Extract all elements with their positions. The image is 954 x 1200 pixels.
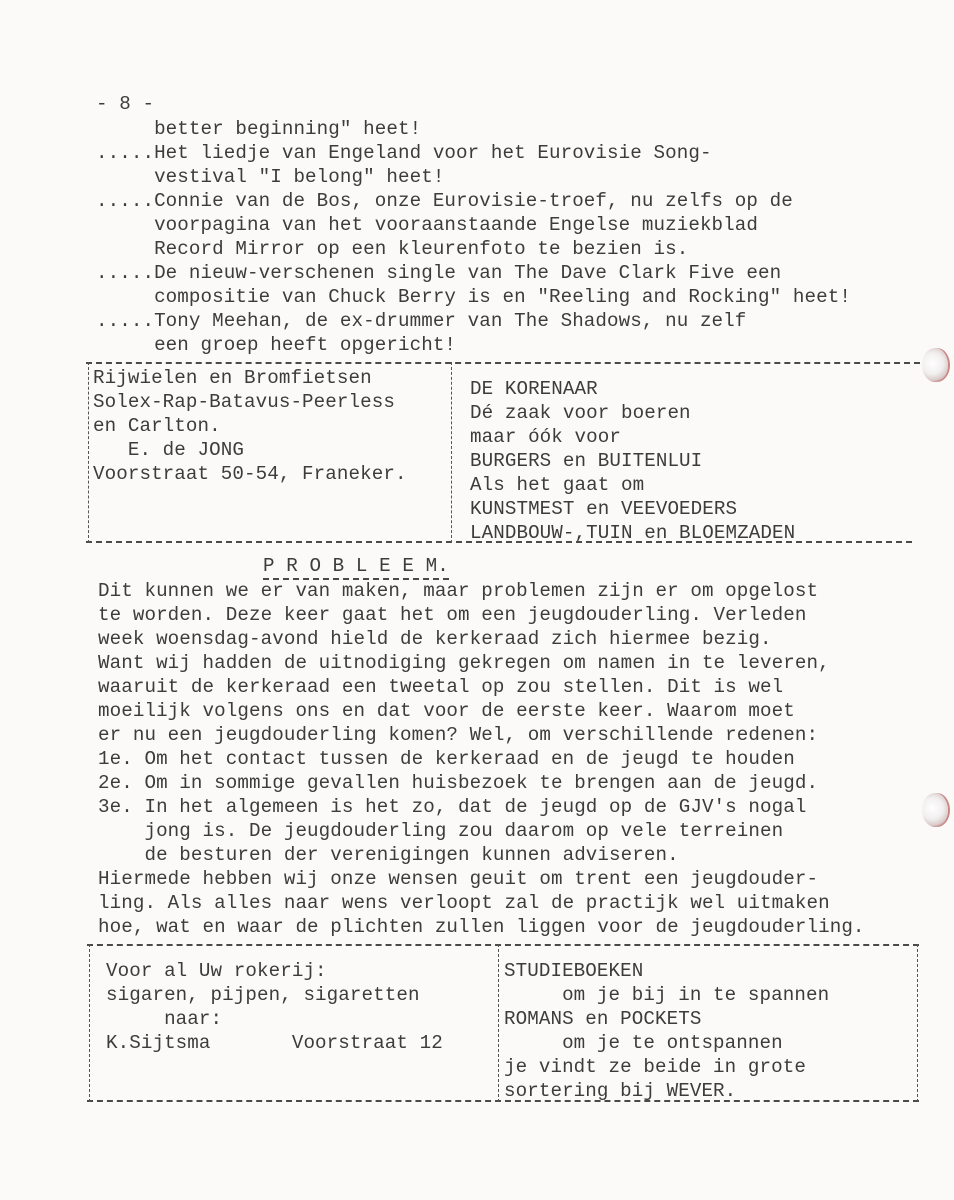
ad-line: KUNSTMEST en VEEVOEDERS (470, 497, 737, 521)
ad-line: K.Sijtsma Voorstraat 12 (106, 1031, 443, 1055)
news-line: .....Connie van de Bos, onze Eurovisie-t… (96, 189, 793, 213)
ad-line: BURGERS en BUITENLUI (470, 449, 702, 473)
box-divider (451, 362, 452, 543)
ad-line: STUDIEBOEKEN (504, 959, 643, 983)
news-line: compositie van Chuck Berry is en "Reelin… (96, 285, 851, 309)
ad-line: om je te ontspannen (504, 1031, 783, 1055)
article-line: er nu een jeugdouderling komen? Wel, om … (98, 723, 818, 747)
ad-line: maar óók voor (470, 425, 621, 449)
article-line: te worden. Deze keer gaat het om een jeu… (98, 603, 806, 627)
news-line: .....Het liedje van Engeland voor het Eu… (96, 141, 712, 165)
box-border-bottom (87, 1100, 919, 1102)
article-line: ling. Als alles naar wens verloopt zal d… (98, 891, 830, 915)
ad-line: LANDBOUW-,TUIN en BLOEMZADEN (470, 521, 795, 545)
box-divider (498, 944, 499, 1102)
box-border-left (88, 362, 89, 543)
news-line: better beginning" heet! (96, 117, 421, 141)
ad-line: sortering bij WEVER. (504, 1079, 736, 1103)
article-line: moeilijk volgens ons en dat voor de eers… (98, 699, 795, 723)
news-line: .....Tony Meehan, de ex-drummer van The … (96, 309, 746, 333)
ad-line: om je bij in te spannen (504, 983, 829, 1007)
news-line: vestival "I belong" heet! (96, 165, 444, 189)
article-line: waaruit de kerkeraad een tweetal op zou … (98, 675, 783, 699)
box-border-right (917, 944, 918, 1102)
article-line: Dit kunnen we er van maken, maar problem… (98, 579, 818, 603)
ad-line: Dé zaak voor boeren (470, 401, 691, 425)
article-line: Want wij hadden de uitnodiging gekregen … (98, 651, 830, 675)
ad-line: Voorstraat 50-54, Franeker. (93, 462, 407, 486)
article-line: 2e. Om in sommige gevallen huisbezoek te… (98, 771, 818, 795)
article-title: P R O B L E E M. (263, 554, 449, 580)
box-border-top (87, 944, 919, 946)
ad-line: Als het gaat om (470, 473, 644, 497)
ad-line: ROMANS en POCKETS (504, 1007, 701, 1031)
news-line: voorpagina van het vooraanstaande Engels… (96, 213, 758, 237)
news-line: .....De nieuw-verschenen single van The … (96, 261, 781, 285)
punch-hole (922, 348, 948, 382)
article-line: week woensdag-avond hield de kerkeraad z… (98, 627, 772, 651)
punch-hole (922, 793, 948, 827)
page-number: - 8 - (96, 92, 154, 116)
ad-line: naar: (106, 1007, 222, 1031)
article-line: jong is. De jeugdouderling zou daarom op… (98, 819, 783, 843)
article-line: 1e. Om het contact tussen de kerkeraad e… (98, 747, 795, 771)
article-line: Hiermede hebben wij onze wensen geuit om… (98, 867, 818, 891)
box-border-top (86, 362, 920, 364)
ad-line: Solex-Rap-Batavus-Peerless (93, 390, 395, 414)
news-line: Record Mirror op een kleurenfoto te bezi… (96, 237, 688, 261)
ad-line: en Carlton. (93, 414, 221, 438)
box-border-left (89, 944, 90, 1102)
article-line: 3e. In het algemeen is het zo, dat de je… (98, 795, 806, 819)
ad-line: je vindt ze beide in grote (504, 1055, 806, 1079)
article-line: hoe, wat en waar de plichten zullen ligg… (98, 915, 865, 939)
typewritten-page: - 8 - better beginning" heet! .....Het l… (0, 0, 954, 1200)
ad-line: sigaren, pijpen, sigaretten (106, 983, 420, 1007)
ad-line: Voor al Uw rokerij: (106, 959, 327, 983)
news-line: een groep heeft opgericht! (96, 333, 456, 357)
article-line: de besturen der verenigingen kunnen advi… (98, 843, 679, 867)
ad-line: Rijwielen en Bromfietsen (93, 366, 372, 390)
ad-line: E. de JONG (93, 438, 244, 462)
ad-line: DE KORENAAR (470, 377, 598, 401)
